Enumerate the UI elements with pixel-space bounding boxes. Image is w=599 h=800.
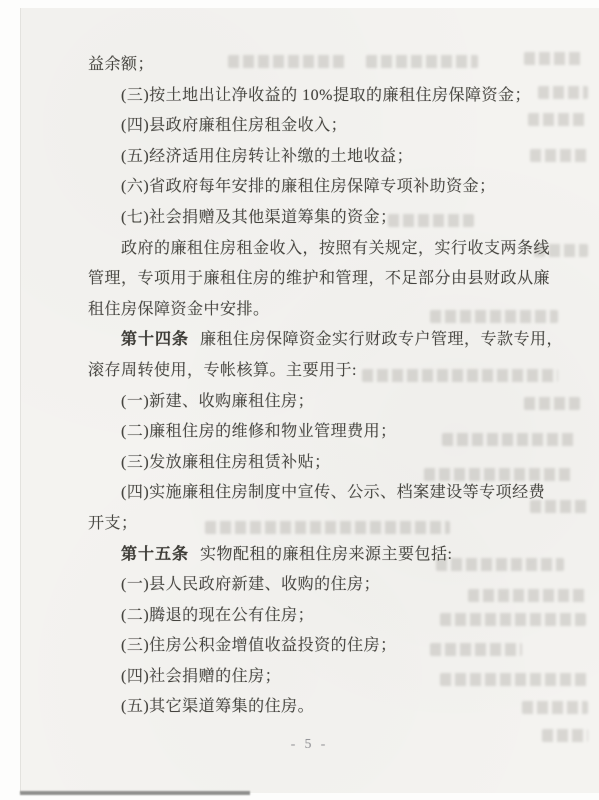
document-line: 管理，专项用于廉租住房的维护和管理，不足部分由县财政从廉 [88, 264, 548, 295]
document-line: (六)省政府每年安排的廉租住房保障专项补助资金； [88, 172, 548, 203]
document-body: 益余额； (三)按土地出让净收益的 10%提取的廉租住房保障资金； (四)县政府… [88, 50, 548, 723]
document-line: (五)经济适用住房转让补缴的土地收益； [88, 142, 548, 173]
document-line: (三)住房公积金增值收益投资的住房； [88, 631, 548, 662]
scanner-edge-artifact [20, 791, 250, 795]
document-line: 第十四条廉租住房保障资金实行财政专户管理，专款专用， [88, 325, 548, 356]
document-line: (二)腾退的现在公有住房； [88, 601, 548, 632]
document-line: (二)廉租住房的维修和物业管理费用； [88, 417, 548, 448]
document-line: (四)县政府廉租住房租金收入； [88, 111, 548, 142]
document-line: (一)新建、收购廉租住房； [88, 387, 548, 418]
document-line: 租住房保障资金中安排。 [88, 295, 548, 326]
page-number: - 5 - [20, 736, 599, 752]
document-line: 开支； [88, 509, 548, 540]
document-line: 益余额； [88, 50, 548, 81]
document-line: (一)县人民政府新建、收购的住房； [88, 570, 548, 601]
article-number: 第十四条 [121, 331, 189, 348]
document-line: (三)发放廉租住房租赁补贴； [88, 448, 548, 479]
document-line: (五)其它渠道筹集的住房。 [88, 692, 548, 723]
article-number: 第十五条 [121, 546, 189, 563]
document-line: (四)实施廉租住房制度中宣传、公示、档案建设等专项经费 [88, 478, 548, 509]
document-line: 滚存周转使用，专帐核算。主要用于: [88, 356, 548, 387]
document-line: 政府的廉租住房租金收入，按照有关规定，实行收支两条线 [88, 234, 548, 265]
document-line: (三)按土地出让净收益的 10%提取的廉租住房保障资金； [88, 81, 548, 112]
document-line: (七)社会捐赠及其他渠道筹集的资金； [88, 203, 548, 234]
document-line: 第十五条实物配租的廉租住房来源主要包括: [88, 540, 548, 571]
document-line: (四)社会捐赠的住房； [88, 662, 548, 693]
